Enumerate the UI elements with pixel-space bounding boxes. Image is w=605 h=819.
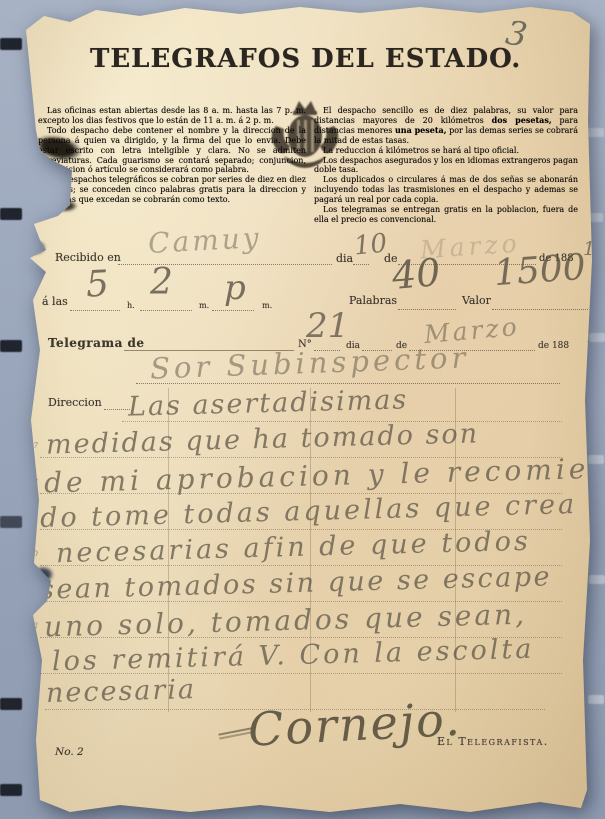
line-number: 17 [29, 442, 38, 450]
form-number: No. 2 [55, 746, 84, 758]
meridiem-value: p [224, 268, 246, 308]
day-label: dia [336, 252, 353, 265]
handwritten-page-number: 3 [503, 13, 530, 55]
field-line [70, 309, 120, 311]
regulation-paragraph: Los telegramas se entregan gratis en la … [314, 205, 578, 225]
words-value: 40 [390, 250, 442, 298]
field-line [140, 309, 192, 311]
telegram-number-value: 21 [306, 306, 349, 346]
line-number: 21 [29, 586, 38, 594]
hour-value: 5 [85, 263, 110, 305]
address-label: Direccion [48, 396, 102, 409]
minute-value: 2 [150, 262, 173, 303]
received-at-value: Camuy [147, 221, 262, 260]
line-number: 22 [29, 622, 38, 630]
telegram-from-label: Telegrama de [48, 336, 145, 350]
meridiem-unit-label: m. [262, 301, 272, 310]
words-label: Palabras [349, 294, 397, 307]
page-title: TELEGRAFOS DEL ESTADO. [90, 44, 500, 74]
message-line: necesaria [46, 674, 197, 709]
field-line [492, 308, 588, 310]
regulation-bold: dos pesetas, [492, 115, 552, 125]
line-number: 19 [29, 514, 38, 522]
regulation-paragraph: Todo despacho debe contener el nombre y … [38, 126, 306, 176]
line-number: 20 [29, 550, 38, 558]
telegram-sheet: TELEGRAFOS DEL ESTADO. 3 Las oficinas es… [0, 0, 605, 819]
regulation-paragraph: La reduccion á kilómetros se hará al tip… [314, 146, 578, 156]
year-value: 1 [586, 326, 597, 347]
regulation-paragraph: Los despachos telegráficos se cobran por… [38, 175, 306, 205]
addressee-value: Sor Subinspector [150, 340, 470, 385]
received-at-label: Recibido en [55, 251, 121, 264]
line-number: 23 [29, 658, 38, 666]
regulation-paragraph: El despacho sencillo es de diez palabras… [314, 106, 578, 146]
line-number: 18 [29, 478, 38, 486]
line-number: 24 [29, 694, 38, 702]
minute-unit-label: m. [199, 301, 209, 310]
message-line: medidas que ha tomado son [46, 418, 480, 460]
regulations-right-column: El despacho sencillo es de diez palabras… [314, 106, 578, 225]
year-prefix-label: de 188 [538, 341, 569, 351]
photo-of-telegram: { "header": { "title": "TELEGRAFOS DEL E… [0, 0, 605, 819]
telegrapher-label: El Telegrafista. [437, 735, 549, 748]
regulation-paragraph: Las oficinas estan abiertas desde las 8 … [38, 106, 306, 126]
field-line [104, 408, 130, 410]
signature: Cornejo. [217, 692, 463, 759]
regulation-paragraph: Los duplicados o circulares á mas de dos… [314, 175, 578, 205]
field-line [212, 309, 254, 311]
tear-shadow [24, 240, 46, 255]
hour-unit-label: h. [127, 301, 135, 310]
regulation-bold: una peseta, [395, 125, 447, 135]
field-line [398, 308, 456, 310]
at-time-label: á las [42, 295, 68, 308]
regulation-paragraph: Los despachos asegurados y los en idioma… [314, 156, 578, 176]
field-line [353, 263, 369, 265]
value-label: Valor [462, 294, 491, 307]
telegram-paper: TELEGRAFOS DEL ESTADO. 3 Las oficinas es… [0, 0, 605, 819]
value-amount: 1500 [493, 247, 587, 294]
regulations-left-column: Las oficinas estan abiertas desde las 8 … [38, 106, 306, 205]
message-line: Las asertadisimas [128, 384, 409, 422]
